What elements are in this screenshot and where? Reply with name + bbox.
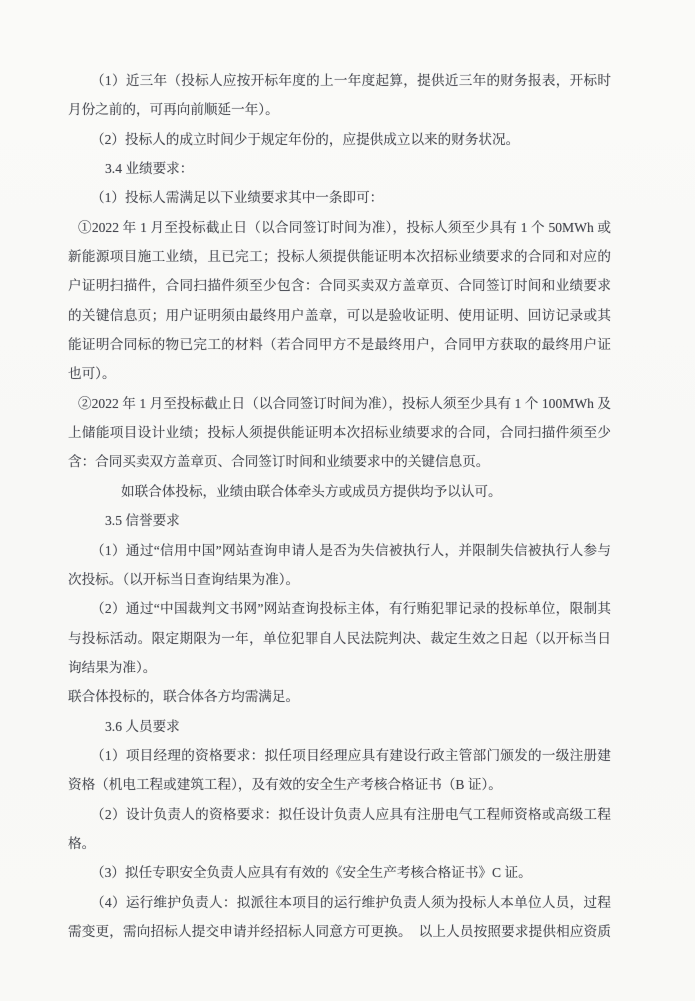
doc-line: ①2022 年 1 月至投标截止日（以合同签订时间为准），投标人须至少具有 1 …	[68, 213, 611, 242]
doc-line: 次投标。（以开标当日查询结果为准）。	[68, 565, 611, 594]
doc-line: （1）项目经理的资格要求：拟任项目经理应具有建设行政主管部门颁发的一级注册建造师	[68, 741, 611, 770]
doc-line: （2）设计负责人的资格要求：拟任设计负责人应具有注册电气工程师资格或高级工程师资	[68, 800, 611, 829]
section-heading: 3.6 人员要求	[68, 712, 611, 741]
doc-line: 如联合体投标，业绩由联合体牵头方或成员方提供均予以认可。	[68, 477, 611, 506]
doc-line: 与投标活动。限定期限为一年，单位犯罪自人民法院判决、裁定生效之日起（以开标当日查	[68, 624, 611, 653]
doc-line: 户证明扫描件，合同扫描件须至少包含：合同买卖双方盖章页、合同签订时间和业绩要求中	[68, 271, 611, 300]
doc-line: 需变更，需向招标人提交申请并经招标人同意方可更换。 以上人员按照要求提供相应资质	[68, 917, 611, 946]
doc-line: （2）通过“中国裁判文书网”网站查询投标主体，有行贿犯罪记录的投标单位，限制其参	[68, 594, 611, 623]
doc-line: 的关键信息页；用户证明须由最终用户盖章，可以是验收证明、使用证明、回访记录或其他	[68, 301, 611, 330]
doc-line: （4）运行维护负责人：拟派往本项目的运行维护负责人须为投标人本单位人员，过程中如	[68, 888, 611, 917]
doc-line: 询结果为准）。	[68, 653, 611, 682]
doc-line: （1）近三年（投标人应按开标年度的上一年度起算，提供近三年的财务报表，开标时间在…	[68, 66, 611, 95]
doc-line: 月份之前的，可再向前顺延一年）。	[68, 95, 611, 124]
scanned-document-page: （1）近三年（投标人应按开标年度的上一年度起算，提供近三年的财务报表，开标时间在…	[0, 0, 695, 1001]
section-heading: 3.5 信誉要求	[68, 506, 611, 535]
section-heading: 3.4 业绩要求：	[68, 154, 611, 183]
doc-line: （2）投标人的成立时间少于规定年份的，应提供成立以来的财务状况。	[68, 125, 611, 154]
doc-line: （3）拟任专职安全负责人应具有有效的《安全生产考核合格证书》C 证。	[68, 858, 611, 887]
doc-line: 格。	[68, 829, 611, 858]
doc-line: 资格（机电工程或建筑工程），及有效的安全生产考核合格证书（B 证）。	[68, 770, 611, 799]
document-text-block: （1）近三年（投标人应按开标年度的上一年度起算，提供近三年的财务报表，开标时间在…	[68, 66, 611, 946]
doc-line: 能证明合同标的物已完工的材料（若合同甲方不是最终用户，合同甲方获取的最终用户证明	[68, 330, 611, 359]
doc-line: 含：合同买卖双方盖章页、合同签订时间和业绩要求中的关键信息页。	[68, 447, 611, 476]
doc-line: 新能源项目施工业绩，且已完工；投标人须提供能证明本次招标业绩要求的合同和对应的用	[68, 242, 611, 271]
doc-line: 联合体投标的，联合体各方均需满足。	[68, 682, 611, 711]
doc-line: 上储能项目设计业绩；投标人须提供能证明本次招标业绩要求的合同，合同扫描件须至少包	[68, 418, 611, 447]
doc-line: （1）投标人需满足以下业绩要求其中一条即可：	[68, 183, 611, 212]
doc-line: ②2022 年 1 月至投标截止日（以合同签订时间为准），投标人须至少具有 1 …	[68, 389, 611, 418]
doc-line: 也可）。	[68, 359, 611, 388]
doc-line: （1）通过“信用中国”网站查询申请人是否为失信被执行人，并限制失信被执行人参与此	[68, 536, 611, 565]
